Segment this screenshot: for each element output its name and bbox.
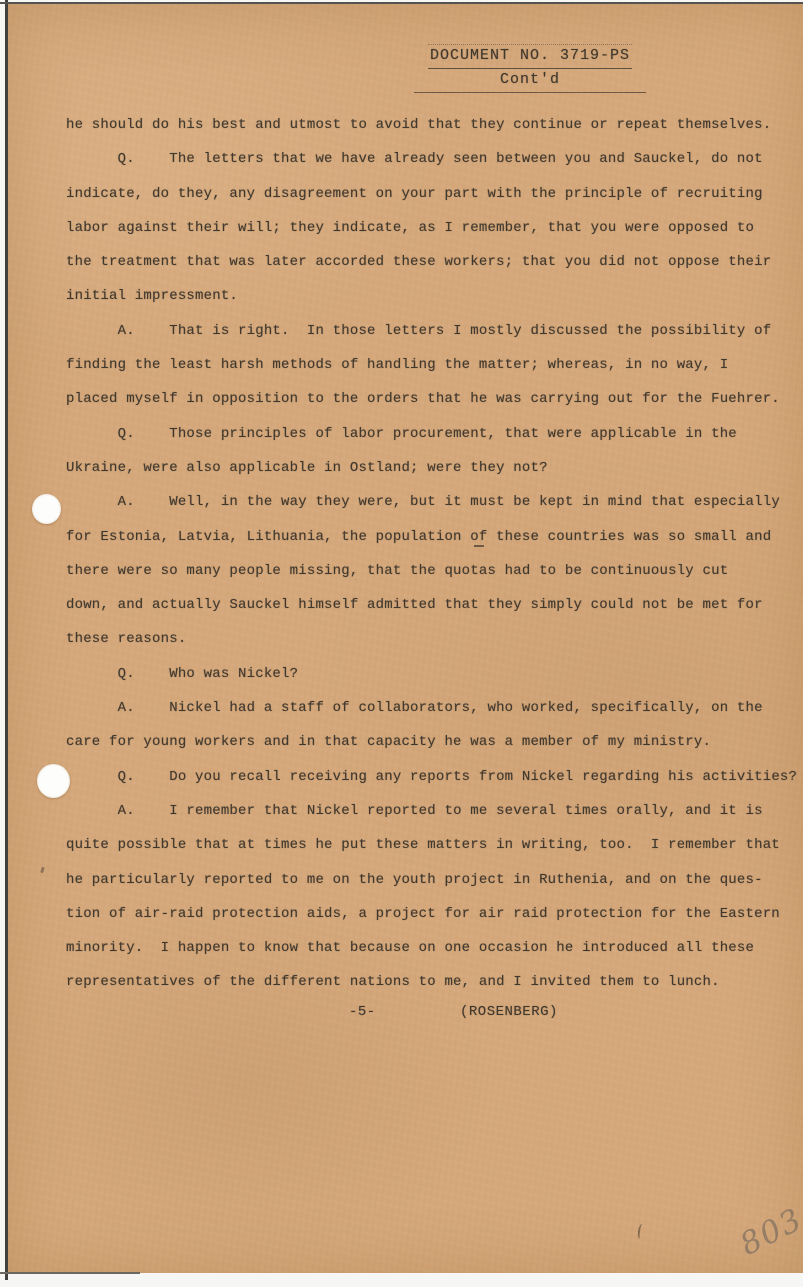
- scan-edge-left: [5, 0, 8, 1280]
- stray-speck-mark: [40, 867, 45, 874]
- hole-punch-top: [32, 494, 61, 524]
- paragraph-continuation: he should do his best and utmost to avoi…: [66, 108, 803, 142]
- paragraph-answer-letters: A. That is right. In those letters I mos…: [66, 314, 803, 417]
- contd-label: Cont'd: [414, 70, 646, 90]
- transcript-body: he should do his best and utmost to avoi…: [66, 108, 803, 1000]
- paragraph-answer-nickel: A. Nickel had a staff of collaborators, …: [66, 691, 803, 760]
- paragraph-question-nickel: Q. Who was Nickel?: [66, 657, 803, 691]
- header-stamp: DOCUMENT NO. 3719-PS Cont'd: [414, 44, 646, 93]
- paragraph-question-ostland: Q. Those principles of labor procurement…: [66, 417, 803, 486]
- contd-underline: [414, 92, 646, 93]
- paragraph-question-letters: Q. The letters that we have already seen…: [66, 142, 803, 313]
- paragraph-question-reports: Q. Do you recall receiving any reports f…: [66, 760, 803, 794]
- paragraph-answer-reports: A. I remember that Nickel reported to me…: [66, 794, 803, 1000]
- typed-dash-mark: [474, 545, 484, 547]
- stray-pen-mark: [637, 1224, 645, 1240]
- page-number: -5-: [349, 1004, 376, 1020]
- scan-edge-bottom: [0, 1272, 140, 1274]
- document-number: DOCUMENT NO. 3719-PS: [428, 44, 632, 69]
- scanned-document-page: DOCUMENT NO. 3719-PS Cont'd he should do…: [8, 4, 803, 1273]
- handwritten-page-number: 803: [734, 1201, 803, 1263]
- scan-edge-top: [0, 2, 803, 4]
- hole-punch-bottom: [37, 764, 70, 798]
- paragraph-answer-ostland: A. Well, in the way they were, but it mu…: [66, 485, 803, 656]
- defendant-name: (ROSENBERG): [460, 1004, 558, 1020]
- page-footer: -5- (ROSENBERG): [8, 1004, 803, 1026]
